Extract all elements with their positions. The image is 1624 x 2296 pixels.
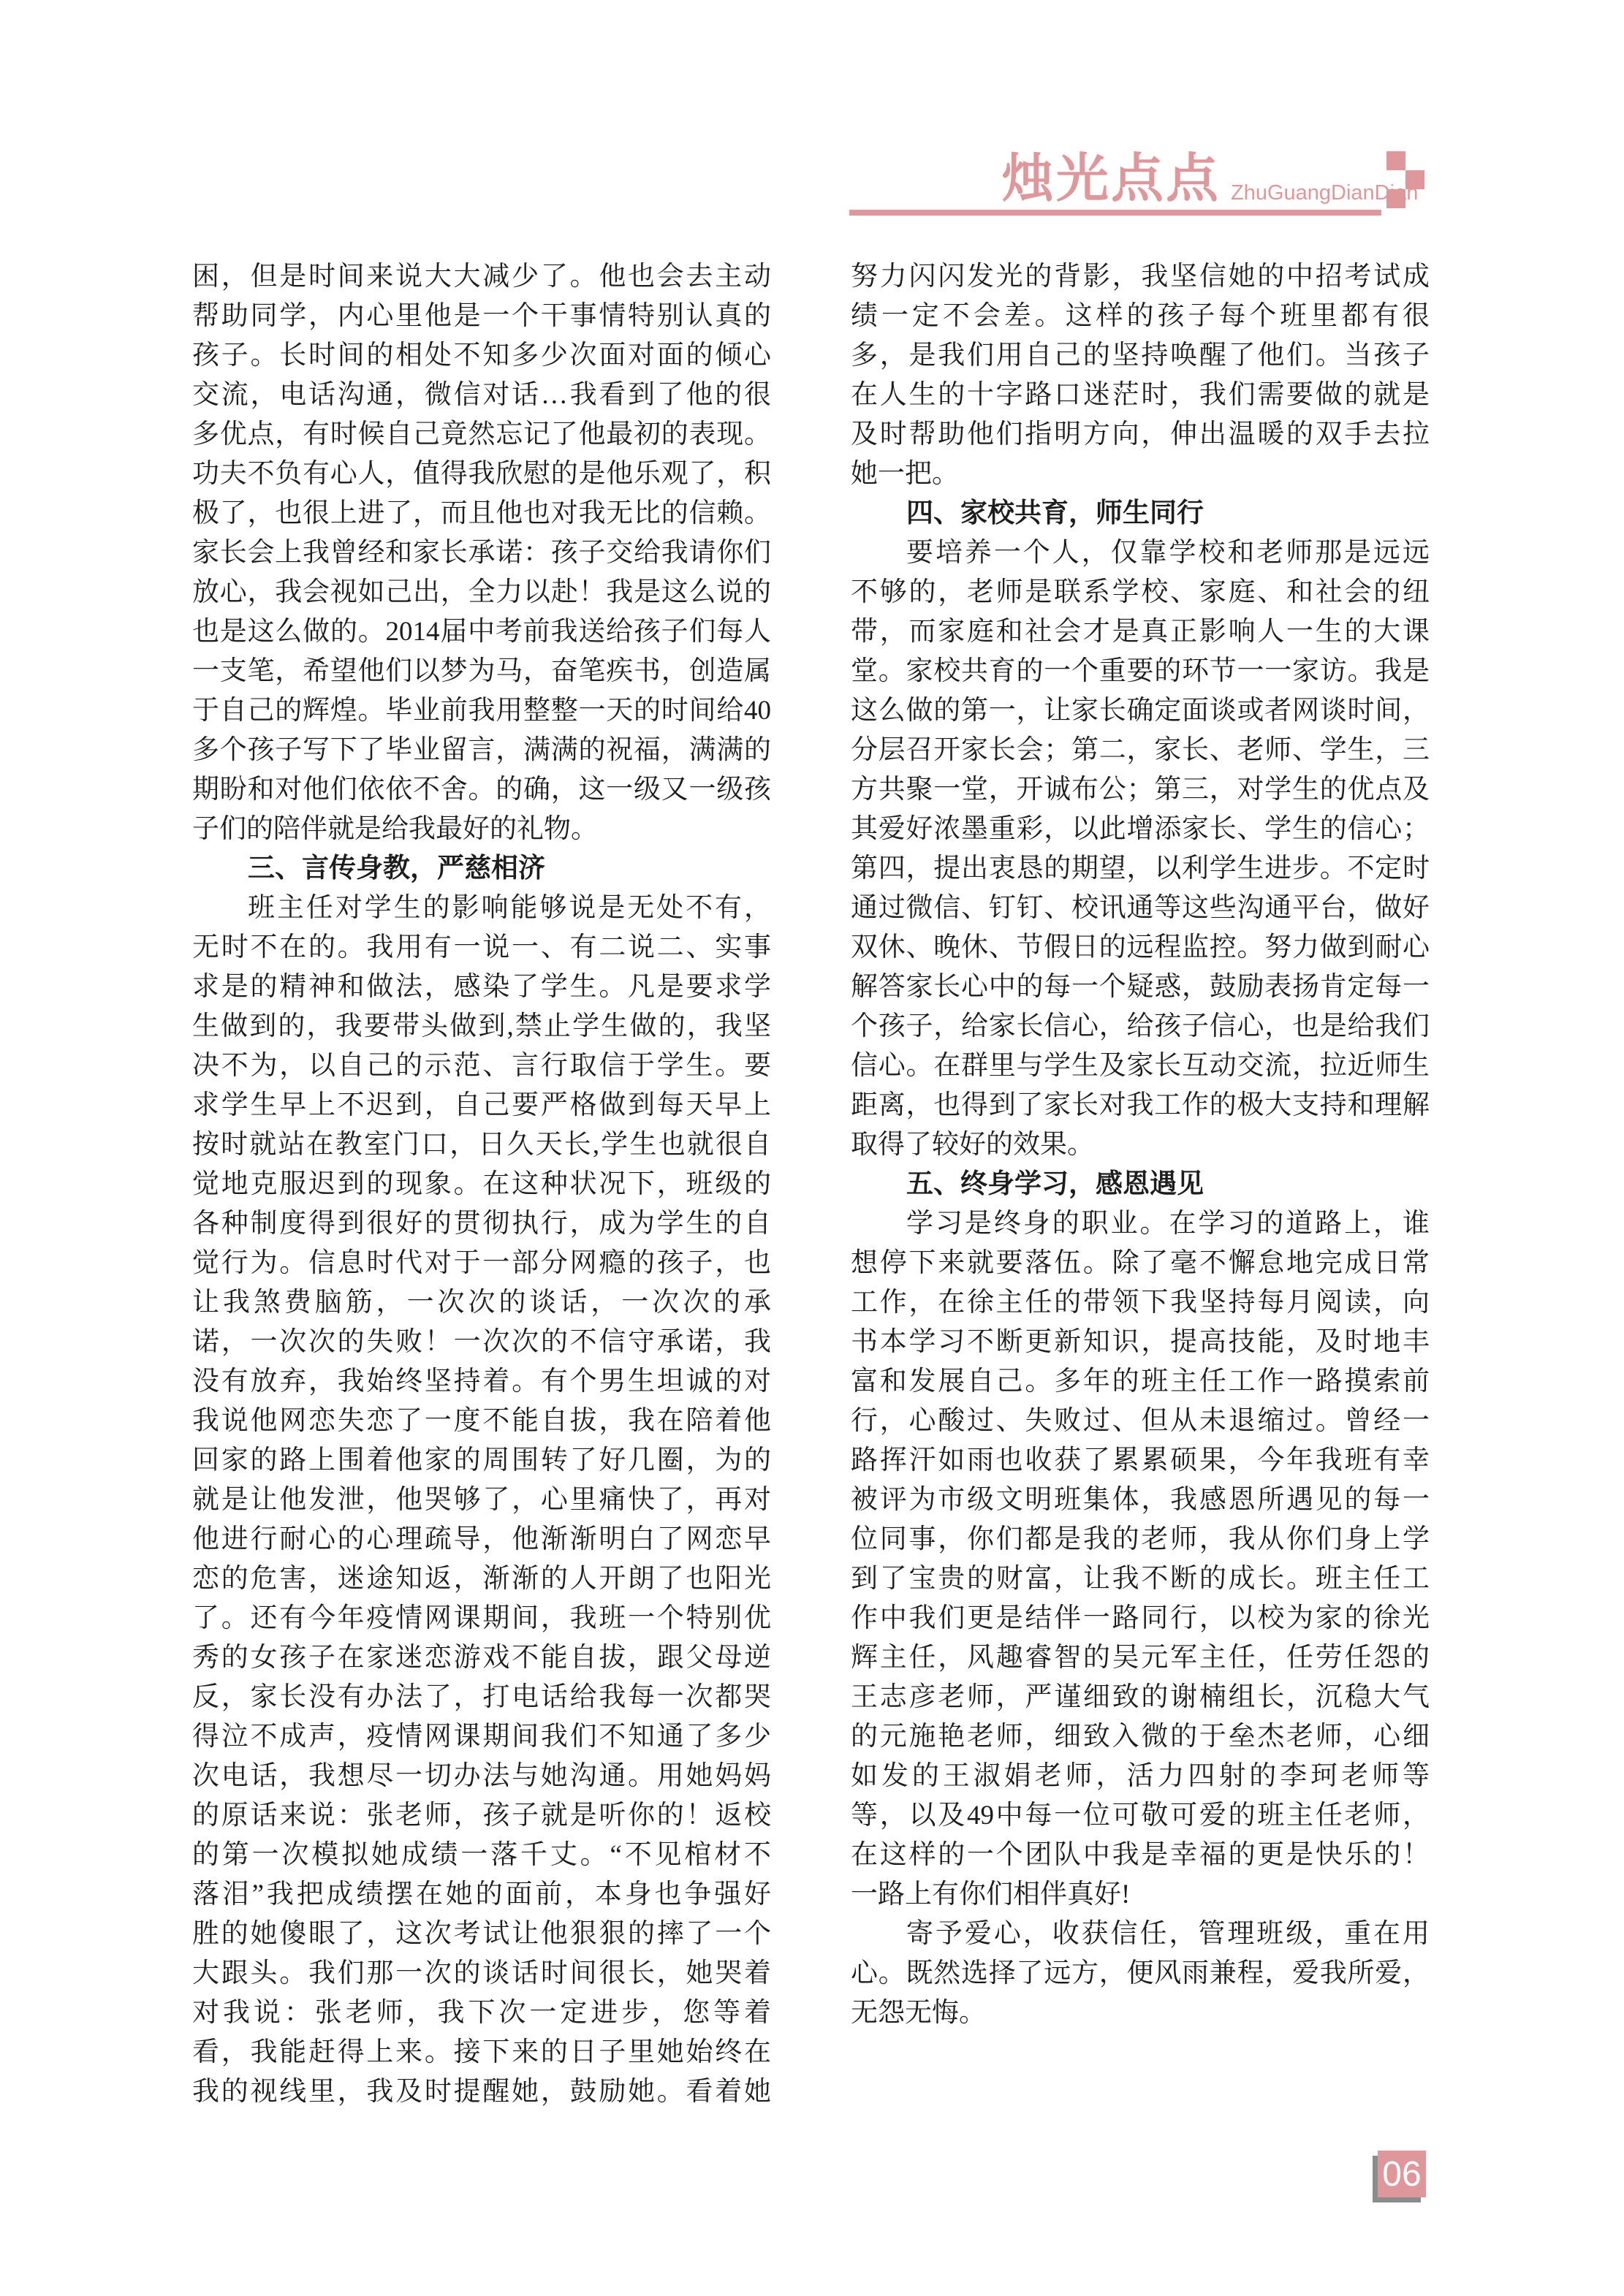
text-line: 路挥汗如雨也收获了累累硕果，今年我班有幸 [851,1441,1430,1480]
text-line: 觉行为。信息时代对于一部分网瘾的孩子，也 [192,1244,771,1283]
text-line: 对我说：张老师，我下次一定进步，您等着 [192,1993,771,2033]
text-line: 到了宝贵的财富，让我不断的成长。班主任工 [851,1559,1430,1599]
text-line: 寄予爱心，收获信任，管理班级，重在用 [851,1915,1430,1954]
text-line: 恋的危害，迷途知返，渐渐的人开朗了也阳光 [192,1559,771,1599]
text-line: 放心，我会视如己出，全力以赴！我是这么说的 [192,573,771,612]
page-number: 06 [1382,2154,1421,2194]
text-line: 也是这么做的。2014届中考前我送给孩子们每人 [192,612,771,652]
text-line: 在这样的一个团队中我是幸福的更是快乐的！ [851,1836,1430,1875]
text-line: 反，家长没有办法了，打电话给我每一次都哭 [192,1678,771,1717]
header-underline [849,210,1381,216]
text-line: 努力闪闪发光的背影，我坚信她的中招考试成 [851,257,1430,297]
text-line: 于自己的辉煌。毕业前我用整整一天的时间给40 [192,691,771,731]
page-number-badge: 06 [1378,2151,1426,2197]
text-line: 如发的王淑娟老师，活力四射的李珂老师等 [851,1757,1430,1796]
text-line: 的第一次模拟她成绩一落千丈。“不见棺材不 [192,1836,771,1875]
text-line: 家长会上我曾经和家长承诺：孩子交给我请你们 [192,533,771,573]
text-line: 学习是终身的职业。在学习的道路上，谁 [851,1204,1430,1244]
text-line: 她一把。 [851,455,1430,494]
checker-square [1386,189,1405,208]
text-line: 辉主任，风趣睿智的吴元军主任，任劳任怨的 [851,1638,1430,1678]
text-line: 交流，电话沟通，微信对话…我看到了他的很 [192,376,771,415]
text-line: 方共聚一堂，开诚布公；第三，对学生的优点及 [851,770,1430,810]
text-line: 要培养一个人，仅靠学校和老师那是远远 [851,533,1430,573]
text-line: 的原话来说：张老师，孩子就是听你的！返校 [192,1796,771,1836]
text-line: 觉地克服迟到的现象。在这种状况下，班级的 [192,1165,771,1204]
text-line: 多优点，有时候自己竟然忘记了他最初的表现。 [192,415,771,455]
text-line: 富和发展自己。多年的班主任工作一路摸索前 [851,1362,1430,1402]
text-line: 诺，一次次的失败！一次次的不信守承诺，我 [192,1323,771,1362]
text-line: 书本学习不断更新知识，提高技能，及时地丰 [851,1323,1430,1362]
checker-decoration [1386,151,1424,208]
text-line: 次电话，我想尽一切办法与她沟通。用她妈妈 [192,1757,771,1796]
text-line: 一路上有你们相伴真好! [851,1875,1430,1915]
text-line: 没有放弃，我始终坚持着。有个男生坦诚的对 [192,1362,771,1402]
text-line: 的元施艳老师，细致入微的于垒杰老师，心细 [851,1717,1430,1757]
text-line: 大跟头。我们那一次的谈话时间很长，她哭着 [192,1954,771,1993]
text-line: 解答家长心中的每一个疑惑，鼓励表扬肯定每一 [851,968,1430,1007]
text-line: 被评为市级文明班集体，我感恩所遇见的每一 [851,1480,1430,1520]
text-line: 取得了较好的效果。 [851,1125,1430,1165]
text-line: 个孩子，给家长信心，给孩子信心，也是给我们 [851,1007,1430,1046]
left-column: 困，但是时间来说大大减少了。他也会去主动帮助同学，内心里他是一个干事情特别认真的… [192,257,771,2112]
text-line: 帮助同学，内心里他是一个干事情特别认真的 [192,297,771,336]
text-line: 按时就站在教室门口，日久天长,学生也就很自 [192,1125,771,1165]
text-line: 落泪”我把成绩摆在她的面前，本身也争强好 [192,1875,771,1915]
text-line: 带，而家庭和社会才是真正影响人一生的大课 [851,612,1430,652]
text-line: 我说他网恋失恋了一度不能自拔，我在陪着他 [192,1402,771,1441]
text-line: 生做到的，我要带头做到,禁止学生做的，我坚 [192,1007,771,1046]
text-line: 作中我们更是结伴一路同行，以校为家的徐光 [851,1599,1430,1638]
text-line: 及时帮助他们指明方向，伸出温暖的双手去拉 [851,415,1430,455]
text-line: 极了，也很上进了，而且他也对我无比的信赖。 [192,494,771,533]
text-line: 在人生的十字路口迷茫时，我们需要做的就是 [851,376,1430,415]
text-line: 求是的精神和做法，感染了学生。凡是要求学 [192,968,771,1007]
text-line: 就是让他发泄，他哭够了，心里痛快了，再对 [192,1480,771,1520]
text-line: 通过微信、钉钉、校讯通等这些沟通平台，做好 [851,889,1430,928]
text-line: 得泣不成声，疫情网课期间我们不知通了多少 [192,1717,771,1757]
text-line: 多，是我们用自己的坚持唤醒了他们。当孩子 [851,336,1430,376]
text-line: 孩子。长时间的相处不知多少次面对面的倾心 [192,336,771,376]
text-line: 了。还有今年疫情网课期间，我班一个特别优 [192,1599,771,1638]
text-line: 第四，提出衷恳的期望，以利学生进步。不定时 [851,849,1430,889]
text-line: 位同事，你们都是我的老师，我从你们身上学 [851,1520,1430,1559]
text-line: 无时不在的。我用有一说一、有二说二、实事 [192,928,771,968]
text-line: 心。既然选择了远方，便风雨兼程，爱我所爱， [851,1954,1430,1993]
text-line: 多个孩子写下了毕业留言，满满的祝福，满满的 [192,731,771,770]
text-line: 子们的陪伴就是给我最好的礼物。 [192,810,771,849]
section-heading: 五、终身学习，感恩遇见 [851,1165,1430,1204]
text-line: 他进行耐心的心理疏导，他渐渐明白了网恋早 [192,1520,771,1559]
text-line: 其爱好浓墨重彩，以此增添家长、学生的信心； [851,810,1430,849]
text-line: 堂。家校共育的一个重要的环节一一家访。我是 [851,652,1430,691]
text-line: 我的视线里，我及时提醒她，鼓励她。看着她 [192,2072,771,2112]
text-line: 想停下来就要落伍。除了毫不懈怠地完成日常 [851,1244,1430,1283]
text-line: 分层召开家长会；第二，家长、老师、学生，三 [851,731,1430,770]
text-line: 绩一定不会差。这样的孩子每个班里都有很 [851,297,1430,336]
text-line: 工作，在徐主任的带领下我坚持每月阅读，向 [851,1283,1430,1323]
text-line: 功夫不负有心人，值得我欣慰的是他乐观了，积 [192,455,771,494]
section-heading: 四、家校共育，师生同行 [851,494,1430,533]
text-line: 信心。在群里与学生及家长互动交流，拉近师生 [851,1046,1430,1086]
text-line: 期盼和对他们依依不舍。的确，这一级又一级孩 [192,770,771,810]
text-line: 等，以及49中每一位可敬可爱的班主任老师， [851,1796,1430,1836]
text-line: 让我煞费脑筋，一次次的谈话，一次次的承 [192,1283,771,1323]
right-column: 努力闪闪发光的背影，我坚信她的中招考试成绩一定不会差。这样的孩子每个班里都有很多… [851,257,1430,2033]
page-title: 烛光点点 [1001,149,1221,208]
text-line: 困，但是时间来说大大减少了。他也会去主动 [192,257,771,297]
text-line: 秀的女孩子在家迷恋游戏不能自拔，跟父母逆 [192,1638,771,1678]
text-line: 距离，也得到了家长对我工作的极大支持和理解 [851,1086,1430,1125]
text-line: 不够的，老师是联系学校、家庭、和社会的纽 [851,573,1430,612]
text-line: 王志彦老师，严谨细致的谢楠组长，沉稳大气 [851,1678,1430,1717]
text-line: 决不为，以自己的示范、言行取信于学生。要 [192,1046,771,1086]
checker-square [1405,170,1424,189]
text-line: 看，我能赶得上来。接下来的日子里她始终在 [192,2033,771,2072]
section-heading: 三、言传身教，严慈相济 [192,849,771,889]
text-line: 行，心酸过、失败过、但从未退缩过。曾经一 [851,1402,1430,1441]
text-line: 胜的她傻眼了，这次考试让他狠狠的摔了一个 [192,1915,771,1954]
text-line: 一支笔，希望他们以梦为马，奋笔疾书，创造属 [192,652,771,691]
text-line: 回家的路上围着他家的周围转了好几圈，为的 [192,1441,771,1480]
text-line: 无怨无悔。 [851,1993,1430,2033]
checker-square [1386,151,1405,170]
text-line: 各种制度得到很好的贯彻执行，成为学生的自 [192,1204,771,1244]
text-line: 这么做的第一，让家长确定面谈或者网谈时间， [851,691,1430,731]
text-line: 求学生早上不迟到，自己要严格做到每天早上 [192,1086,771,1125]
text-line: 双休、晚休、节假日的远程监控。努力做到耐心 [851,928,1430,968]
text-line: 班主任对学生的影响能够说是无处不有， [192,889,771,928]
